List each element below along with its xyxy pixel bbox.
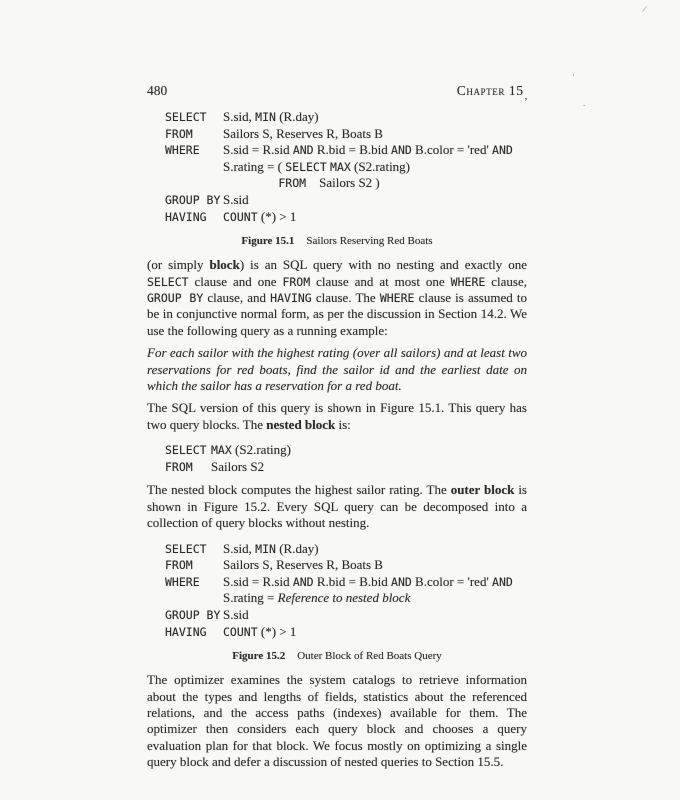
text-segment: Sailors S, Reserves R, Boats B [223, 557, 383, 572]
sql-keyword-column: FROM [165, 557, 223, 574]
scan-artifact-comma: , [525, 90, 528, 102]
text-segment: MAX [330, 160, 351, 174]
text-segment: (or simply [147, 257, 209, 272]
text-segment: nested block [266, 417, 335, 432]
text-segment: Sailors S2 ) [306, 175, 380, 190]
text-segment: clause and one [189, 274, 283, 289]
code-line: WHERES.sid = R.sid AND R.bid = B.bid AND… [165, 142, 527, 159]
sql-line-body: S.sid = R.sid AND R.bid = B.bid AND B.co… [223, 142, 513, 157]
code-line: S.rating = Reference to nested block [165, 590, 527, 607]
sql-keyword-column: HAVING [165, 624, 223, 641]
code-line: FROMSailors S2 [165, 459, 527, 476]
code-line: SELECTS.sid, MIN (R.day) [165, 541, 527, 558]
figure-caption-text: Sailors Reserving Red Boats [306, 235, 432, 247]
figure-15-2-caption: Figure 15.2Outer Block of Red Boats Quer… [147, 649, 527, 663]
text-segment: AND [492, 143, 513, 157]
page-header: 480 Chapter 15, [147, 83, 527, 100]
sql-keyword-column: WHERE [165, 574, 223, 591]
chapter-header: Chapter 15, [457, 83, 527, 100]
text-segment: AND [391, 575, 412, 589]
text-segment: The nested block computes the highest sa… [147, 482, 451, 497]
text-segment: COUNT [223, 625, 258, 639]
figure-15-1-code-block: SELECTS.sid, MIN (R.day) FROMSailors S, … [165, 109, 527, 225]
text-segment: S.sid = R.sid [223, 142, 293, 157]
text-segment: S.sid, [223, 541, 255, 556]
nested-block-code: SELECTMAX (S2.rating) FROMSailors S2 [165, 442, 527, 475]
figure-caption-label: Figure 15.1 [241, 235, 294, 247]
text-segment: WHERE [451, 275, 486, 289]
sql-line-body: FROM Sailors S2 ) [223, 175, 380, 190]
page-number: 480 [147, 83, 167, 99]
code-line: HAVINGCOUNT (*) > 1 [165, 209, 527, 226]
text-segment: (S2.rating) [351, 159, 410, 174]
text-segment: AND [492, 575, 513, 589]
text-segment: S.rating = [223, 590, 278, 605]
sql-line-body: S.sid [223, 607, 249, 622]
sql-keyword-column: HAVING [165, 209, 223, 226]
sql-line-body: S.sid, MIN (R.day) [223, 109, 319, 124]
text-segment: R.bid = B.bid [314, 574, 391, 589]
text-segment: AND [293, 575, 314, 589]
sql-line-body: Sailors S, Reserves R, Boats B [223, 557, 383, 572]
sql-keyword-column: FROM [165, 459, 211, 476]
text-segment: AND [391, 143, 412, 157]
sql-line-body: S.rating = ( SELECT MAX (S2.rating) [223, 159, 410, 174]
text-segment: S.sid [223, 607, 249, 622]
sql-keyword-column: SELECT [165, 442, 211, 459]
text-segment: B.color = 'red' [412, 574, 492, 589]
text-segment: SELECT [147, 275, 189, 289]
text-segment: ) is an SQL query with no nesting and ex… [240, 257, 527, 272]
text-segment: S.sid = R.sid [223, 574, 293, 589]
text-segment: COUNT [223, 210, 258, 224]
text-segment: outer block [451, 482, 515, 497]
text-segment: (R.day) [276, 541, 319, 556]
code-line: FROM Sailors S2 ) [165, 175, 527, 192]
sql-keyword-column: FROM [165, 126, 223, 143]
text-segment: block [209, 257, 239, 272]
text-segment: FROM [223, 176, 306, 190]
sql-keyword-column: GROUP BY [165, 607, 223, 624]
figure-15-1-caption: Figure 15.1Sailors Reserving Red Boats [147, 234, 527, 248]
sql-line-body: MAX (S2.rating) [211, 442, 291, 457]
text-segment: (*) > 1 [258, 624, 297, 639]
code-line: SELECTS.sid, MIN (R.day) [165, 109, 527, 126]
code-line: FROMSailors S, Reserves R, Boats B [165, 126, 527, 143]
sql-line-body: Sailors S, Reserves R, Boats B [223, 126, 383, 141]
code-line: GROUP BYS.sid [165, 192, 527, 209]
text-segment: MAX [211, 443, 232, 457]
paragraph-running-example-italic: For each sailor with the highest rating … [147, 345, 527, 394]
code-line: WHERES.sid = R.sid AND R.bid = B.bid AND… [165, 574, 527, 591]
code-line: SELECTMAX (S2.rating) [165, 442, 527, 459]
figure-15-2-code-block: SELECTS.sid, MIN (R.day) FROMSailors S, … [165, 541, 527, 641]
paragraph-query-block-definition: (or simply block) is an SQL query with n… [147, 257, 527, 339]
text-segment: MIN [255, 542, 276, 556]
code-line: GROUP BYS.sid [165, 607, 527, 624]
text-segment: R.bid = B.bid [314, 142, 391, 157]
sql-keyword-column: WHERE [165, 142, 223, 159]
text-segment: clause and at most one [310, 274, 451, 289]
text-segment: is: [335, 417, 351, 432]
sql-line-body: COUNT (*) > 1 [223, 209, 296, 224]
text-segment: S.sid [223, 192, 249, 207]
text-segment: WHERE [380, 291, 415, 305]
text-segment: AND [293, 143, 314, 157]
chapter-header-text: Chapter 15 [457, 83, 524, 98]
text-segment: MIN [255, 110, 276, 124]
text-segment: B.color = 'red' [412, 142, 492, 157]
text-segment: clause, [485, 274, 527, 289]
code-line: HAVINGCOUNT (*) > 1 [165, 624, 527, 641]
text-segment: clause. The [312, 290, 380, 305]
sql-keyword-column: SELECT [165, 109, 223, 126]
text-segment: Sailors S2 [211, 459, 264, 474]
scan-artifact-dot: . [583, 98, 585, 108]
text-segment: (R.day) [276, 109, 319, 124]
text-segment: For each sailor with the highest rating … [147, 345, 527, 393]
code-line: FROMSailors S, Reserves R, Boats B [165, 557, 527, 574]
sql-line-body: S.sid [223, 192, 249, 207]
paragraph-sql-version: The SQL version of this query is shown i… [147, 400, 527, 433]
sql-line-body: Sailors S2 [211, 459, 264, 474]
text-segment: Sailors S, Reserves R, Boats B [223, 126, 383, 141]
scan-artifact-mid: · [572, 70, 575, 80]
sql-keyword-column: SELECT [165, 541, 223, 558]
sql-line-body: S.sid, MIN (R.day) [223, 541, 319, 556]
text-segment: FROM [282, 275, 310, 289]
paragraph-optimizer: The optimizer examines the system catalo… [147, 672, 527, 770]
code-line: S.rating = ( SELECT MAX (S2.rating) [165, 159, 527, 176]
sql-keyword-column: GROUP BY [165, 192, 223, 209]
text-segment: SELECT [285, 160, 327, 174]
text-segment: S.rating = ( [223, 159, 285, 174]
text-segment: (*) > 1 [258, 209, 297, 224]
text-segment: GROUP BY [147, 291, 203, 305]
figure-caption-label: Figure 15.2 [232, 650, 285, 662]
paragraph-outer-block: The nested block computes the highest sa… [147, 482, 527, 531]
sql-line-body: COUNT (*) > 1 [223, 624, 296, 639]
figure-caption-text: Outer Block of Red Boats Query [297, 650, 442, 662]
text-segment: The optimizer examines the system catalo… [147, 672, 527, 769]
sql-line-body: S.sid = R.sid AND R.bid = B.bid AND B.co… [223, 574, 513, 589]
text-segment: HAVING [270, 291, 312, 305]
text-segment: (S2.rating) [232, 442, 291, 457]
book-page: 480 Chapter 15, SELECTS.sid, MIN (R.day)… [0, 0, 680, 800]
text-segment: S.sid, [223, 109, 255, 124]
sql-line-body: S.rating = Reference to nested block [223, 590, 410, 605]
text-segment: clause, and [203, 290, 270, 305]
text-segment: Reference to nested block [278, 590, 411, 605]
